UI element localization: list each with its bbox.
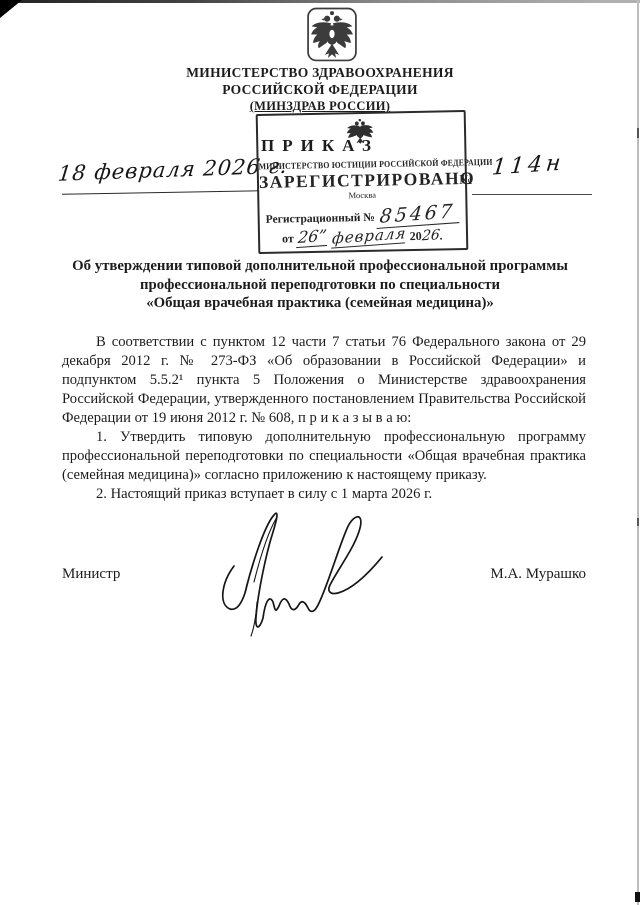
registration-stamp: МИНИСТЕРСТВО ЮСТИЦИИ РОССИЙСКОЙ ФЕДЕРАЦИ… [256, 110, 469, 254]
order-title: Об утверждении типовой дополнительной пр… [40, 257, 600, 313]
justice-ministry-eagle-icon [344, 116, 377, 147]
body-paragraph-item2: 2. Настоящий приказ вступает в силу с 1 … [62, 485, 586, 504]
order-number-handwritten: 114н [491, 150, 566, 180]
ministry-line2: РОССИЙСКОЙ ФЕДЕРАЦИИ [0, 82, 640, 99]
stamp-date-year-printed: 20 [410, 229, 422, 243]
body-paragraph-preamble: В соответствии с пунктом 12 части 7 стат… [62, 333, 586, 428]
order-number-underline [472, 194, 592, 195]
scan-artifact-top-edge [0, 0, 640, 3]
signer-position: Министр [62, 566, 120, 583]
order-date-underline [62, 190, 259, 194]
order-title-line1: Об утверждении типовой дополнительной пр… [40, 257, 600, 276]
signer-name: М.А. Мурашко [490, 566, 586, 583]
scan-artifact-bottom-mark [635, 892, 640, 902]
stamp-date-row: от 26” февраля 2026. [282, 224, 488, 248]
ministry-line1: МИНИСТЕРСТВО ЗДРАВООХРАНЕНИЯ [0, 65, 640, 82]
stamp-date-month-handwritten: февраля [331, 224, 407, 249]
order-body: В соответствии с пунктом 12 части 7 стат… [62, 333, 586, 504]
order-date-handwritten: 18 февраля 2026 г. [57, 154, 269, 185]
document-page: МИНИСТЕРСТВО ЗДРАВООХРАНЕНИЯ РОССИЙСКОЙ … [0, 0, 640, 905]
body-paragraph-item1: 1. Утвердить типовую дополнительную проф… [62, 428, 586, 485]
stamp-reg-label: Регистрационный № [266, 212, 375, 226]
stamp-date-day-handwritten: 26” [296, 226, 329, 248]
ministry-header: МИНИСТЕРСТВО ЗДРАВООХРАНЕНИЯ РОССИЙСКОЙ … [0, 65, 640, 115]
stamp-date-year-handwritten: 26 [421, 227, 440, 244]
scan-artifact-speck [637, 518, 639, 526]
order-title-line2: профессиональной переподготовки по специ… [40, 276, 600, 295]
order-title-line3: «Общая врачебная практика (семейная меди… [40, 294, 600, 313]
russia-coat-of-arms-icon [306, 7, 358, 64]
stamp-date-prefix: от [282, 231, 294, 245]
minister-signature-icon [196, 506, 386, 640]
